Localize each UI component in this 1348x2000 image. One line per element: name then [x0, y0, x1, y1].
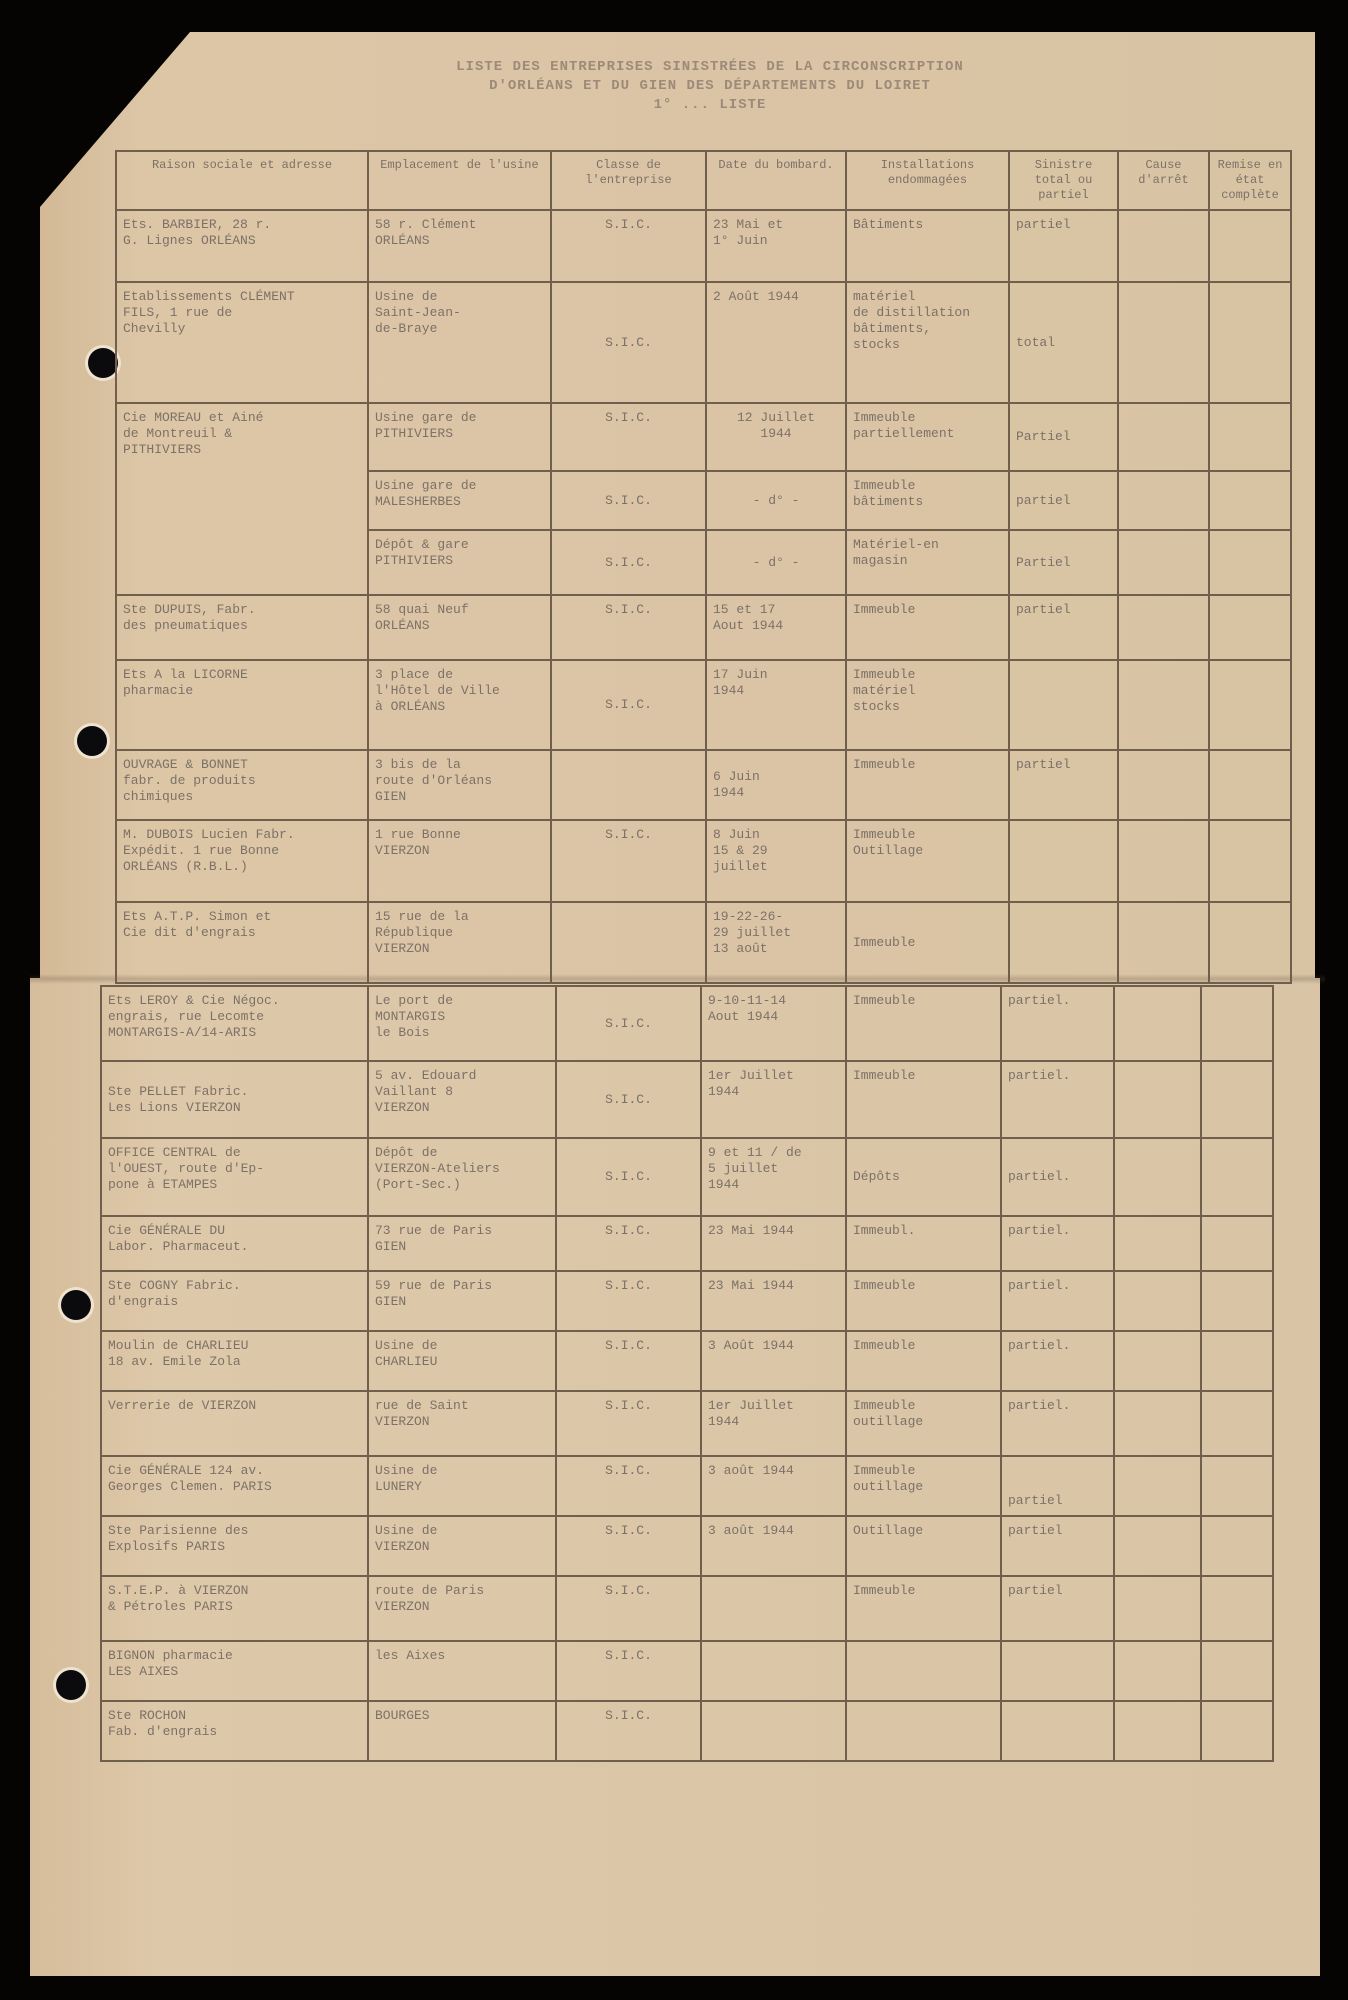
cell-emplacement: 15 rue de la République VIERZON — [368, 902, 551, 983]
cell-cause — [1118, 282, 1209, 403]
cell-sinistre: partiel — [1001, 1516, 1114, 1576]
cell-classe: S.I.C. — [556, 1516, 701, 1576]
table-row: Ets A.T.P. Simon et Cie dit d'engrais 15… — [116, 902, 1291, 983]
punch-hole-icon — [88, 348, 118, 378]
cell-raison: Ets A.T.P. Simon et Cie dit d'engrais — [116, 902, 368, 983]
cell-date: 3 Août 1944 — [701, 1331, 846, 1391]
title-line-1: LISTE DES ENTREPRISES SINISTRÉES DE LA C… — [360, 58, 1060, 77]
cell-date: 19-22-26- 29 juillet 13 août — [706, 902, 846, 983]
cell-raison: BIGNON pharmacie LES AIXES — [101, 1641, 368, 1701]
cell-date: 3 août 1944 — [701, 1516, 846, 1576]
cell-sinistre: partiel. — [1001, 1391, 1114, 1456]
cell-installations: Immeubl. — [846, 1216, 1001, 1271]
cell-remise — [1209, 750, 1291, 820]
table-row: Ets. BARBIER, 28 r. G. Lignes ORLÉANS 58… — [116, 210, 1291, 282]
cell-classe — [551, 902, 706, 983]
cell-classe: S.I.C. — [556, 1138, 701, 1216]
cell-date — [701, 1641, 846, 1701]
cell-emplacement: Usine gare de PITHIVIERS — [368, 403, 551, 471]
cell-cause — [1114, 1641, 1201, 1701]
punch-hole-icon — [56, 1670, 86, 1700]
cell-classe — [551, 750, 706, 820]
cell-sinistre: Partiel — [1009, 530, 1118, 595]
cell-cause — [1114, 1061, 1201, 1138]
document-title: LISTE DES ENTREPRISES SINISTRÉES DE LA C… — [360, 58, 1060, 115]
cell-sinistre: partiel — [1009, 750, 1118, 820]
cell-cause — [1118, 210, 1209, 282]
cell-remise — [1201, 1271, 1273, 1331]
cell-cause — [1118, 530, 1209, 595]
cell-installations: Immeuble Outillage — [846, 820, 1009, 902]
cell-date: 8 Juin 15 & 29 juillet — [706, 820, 846, 902]
header-installations: Installations endommagées — [846, 151, 1009, 210]
cell-raison: Etablissements CLÉMENT FILS, 1 rue de Ch… — [116, 282, 368, 403]
cell-sinistre — [1009, 820, 1118, 902]
cell-date — [701, 1701, 846, 1761]
cell-sinistre: Partiel — [1009, 403, 1118, 471]
cell-cause — [1118, 820, 1209, 902]
cell-date: 1er Juillet 1944 — [701, 1391, 846, 1456]
table-row: Verrerie de VIERZON rue de Saint VIERZON… — [101, 1391, 1273, 1456]
cell-cause — [1118, 660, 1209, 750]
cell-emplacement: 5 av. Edouard Vaillant 8 VIERZON — [368, 1061, 556, 1138]
table-row: Ste DUPUIS, Fabr. des pneumatiques 58 qu… — [116, 595, 1291, 660]
cell-raison: Cie MOREAU et Ainé de Montreuil & PITHIV… — [116, 403, 368, 595]
cell-classe: S.I.C. — [556, 1456, 701, 1516]
table-row: Etablissements CLÉMENT FILS, 1 rue de Ch… — [116, 282, 1291, 403]
cell-sinistre: partiel. — [1001, 1061, 1114, 1138]
cell-remise — [1201, 1516, 1273, 1576]
cell-raison: Ets. BARBIER, 28 r. G. Lignes ORLÉANS — [116, 210, 368, 282]
cell-cause — [1114, 986, 1201, 1061]
cell-remise — [1201, 1456, 1273, 1516]
cell-remise — [1209, 530, 1291, 595]
cell-emplacement: Le port de MONTARGIS le Bois — [368, 986, 556, 1061]
header-cause: Cause d'arrêt — [1118, 151, 1209, 210]
cell-remise — [1209, 660, 1291, 750]
cell-remise — [1201, 1216, 1273, 1271]
cell-remise — [1201, 1701, 1273, 1761]
cell-cause — [1118, 403, 1209, 471]
table-row: Cie GÉNÉRALE DU Labor. Pharmaceut. 73 ru… — [101, 1216, 1273, 1271]
table-row: Ste Parisienne des Explosifs PARIS Usine… — [101, 1516, 1273, 1576]
punch-hole-icon — [77, 726, 107, 756]
cell-classe: S.I.C. — [556, 1061, 701, 1138]
cell-emplacement: Dépôt de VIERZON-Ateliers (Port-Sec.) — [368, 1138, 556, 1216]
table-row: Ste ROCHON Fab. d'engrais BOURGES S.I.C. — [101, 1701, 1273, 1761]
cell-raison: M. DUBOIS Lucien Fabr. Expédit. 1 rue Bo… — [116, 820, 368, 902]
cell-cause — [1118, 902, 1209, 983]
cell-sinistre: partiel — [1009, 210, 1118, 282]
cell-emplacement: Usine de CHARLIEU — [368, 1331, 556, 1391]
cell-cause — [1114, 1138, 1201, 1216]
cell-installations: Immeuble outillage — [846, 1456, 1001, 1516]
cell-classe: S.I.C. — [551, 530, 706, 595]
cell-classe: S.I.C. — [551, 660, 706, 750]
cell-remise — [1209, 282, 1291, 403]
cell-raison: OUVRAGE & BONNET fabr. de produits chimi… — [116, 750, 368, 820]
cell-raison: Ets A la LICORNE pharmacie — [116, 660, 368, 750]
cell-raison: Ste Parisienne des Explosifs PARIS — [101, 1516, 368, 1576]
cell-installations: Outillage — [846, 1516, 1001, 1576]
table-row: M. DUBOIS Lucien Fabr. Expédit. 1 rue Bo… — [116, 820, 1291, 902]
cell-classe: S.I.C. — [551, 403, 706, 471]
cell-sinistre: partiel. — [1001, 1331, 1114, 1391]
cell-sinistre: partiel — [1009, 471, 1118, 530]
cell-emplacement: Usine de VIERZON — [368, 1516, 556, 1576]
table-row: Ste COGNY Fabric. d'engrais 59 rue de Pa… — [101, 1271, 1273, 1331]
cell-classe: S.I.C. — [551, 471, 706, 530]
cell-raison: S.T.E.P. à VIERZON & Pétroles PARIS — [101, 1576, 368, 1641]
cell-installations: Immeuble — [846, 1061, 1001, 1138]
cell-emplacement: BOURGES — [368, 1701, 556, 1761]
cell-sinistre: partiel. — [1001, 1271, 1114, 1331]
cell-sinistre — [1009, 902, 1118, 983]
title-line-3: 1° ... LISTE — [360, 96, 1060, 115]
cell-cause — [1114, 1456, 1201, 1516]
table-row: Moulin de CHARLIEU 18 av. Emile Zola Usi… — [101, 1331, 1273, 1391]
header-remise: Remise en état complète — [1209, 151, 1291, 210]
cell-sinistre — [1001, 1641, 1114, 1701]
cell-date: 2 Août 1944 — [706, 282, 846, 403]
cell-installations: Immeuble — [846, 1331, 1001, 1391]
cell-date: 3 août 1944 — [701, 1456, 846, 1516]
title-line-2: D'ORLÉANS ET DU GIEN DES DÉPARTEMENTS DU… — [360, 77, 1060, 96]
cell-emplacement: 58 r. Clément ORLÉANS — [368, 210, 551, 282]
cell-classe: S.I.C. — [556, 1576, 701, 1641]
punch-hole-icon — [61, 1290, 91, 1320]
cell-classe: S.I.C. — [556, 986, 701, 1061]
cell-cause — [1114, 1216, 1201, 1271]
cell-raison: Ste ROCHON Fab. d'engrais — [101, 1701, 368, 1761]
cell-installations — [846, 1701, 1001, 1761]
cell-installations: Immeuble partiellement — [846, 403, 1009, 471]
cell-cause — [1118, 471, 1209, 530]
cell-sinistre: partiel. — [1001, 1216, 1114, 1271]
cell-emplacement: Dépôt & gare PITHIVIERS — [368, 530, 551, 595]
cell-cause — [1114, 1516, 1201, 1576]
cell-emplacement: Usine gare de MALESHERBES — [368, 471, 551, 530]
cell-sinistre: partiel. — [1001, 1138, 1114, 1216]
cell-remise — [1201, 986, 1273, 1061]
table-row: OFFICE CENTRAL de l'OUEST, route d'Ep- p… — [101, 1138, 1273, 1216]
cell-sinistre — [1001, 1701, 1114, 1761]
cell-classe: S.I.C. — [556, 1216, 701, 1271]
cell-installations: Immeuble — [846, 902, 1009, 983]
cell-installations: Matériel-en magasin — [846, 530, 1009, 595]
cell-raison: Cie GÉNÉRALE 124 av. Georges Clemen. PAR… — [101, 1456, 368, 1516]
cell-installations: matériel de distillation bâtiments, stoc… — [846, 282, 1009, 403]
cell-sinistre: total — [1009, 282, 1118, 403]
cell-cause — [1118, 595, 1209, 660]
cell-date: - d° - — [706, 530, 846, 595]
cell-remise — [1209, 820, 1291, 902]
cell-classe: S.I.C. — [556, 1331, 701, 1391]
cell-sinistre: partiel. — [1001, 986, 1114, 1061]
table-row: S.T.E.P. à VIERZON & Pétroles PARIS rout… — [101, 1576, 1273, 1641]
cell-cause — [1118, 750, 1209, 820]
cell-classe: S.I.C. — [556, 1391, 701, 1456]
cell-date — [701, 1576, 846, 1641]
cell-emplacement: rue de Saint VIERZON — [368, 1391, 556, 1456]
cell-emplacement: 3 bis de la route d'Orléans GIEN — [368, 750, 551, 820]
cell-raison: Verrerie de VIERZON — [101, 1391, 368, 1456]
cell-cause — [1114, 1331, 1201, 1391]
cell-cause — [1114, 1576, 1201, 1641]
cell-date: 9 et 11 / de 5 juillet 1944 — [701, 1138, 846, 1216]
cell-raison: Ste COGNY Fabric. d'engrais — [101, 1271, 368, 1331]
table-row: Cie GÉNÉRALE 124 av. Georges Clemen. PAR… — [101, 1456, 1273, 1516]
cell-installations: Immeuble — [846, 1271, 1001, 1331]
header-emplacement: Emplacement de l'usine — [368, 151, 551, 210]
cell-installations — [846, 1641, 1001, 1701]
cell-installations: Immeuble — [846, 750, 1009, 820]
cell-classe: S.I.C. — [556, 1271, 701, 1331]
table-row: Ste PELLET Fabric. Les Lions VIERZON 5 a… — [101, 1061, 1273, 1138]
cell-raison: Cie GÉNÉRALE DU Labor. Pharmaceut. — [101, 1216, 368, 1271]
cell-emplacement: 59 rue de Paris GIEN — [368, 1271, 556, 1331]
cell-remise — [1209, 210, 1291, 282]
cell-classe: S.I.C. — [551, 820, 706, 902]
cell-remise — [1201, 1641, 1273, 1701]
cell-date: 23 Mai 1944 — [701, 1271, 846, 1331]
table-row: Cie MOREAU et Ainé de Montreuil & PITHIV… — [116, 403, 1291, 471]
header-classe: Classe de l'entreprise — [551, 151, 706, 210]
cell-date: - d° - — [706, 471, 846, 530]
cell-classe: S.I.C. — [551, 210, 706, 282]
cell-raison: Ste DUPUIS, Fabr. des pneumatiques — [116, 595, 368, 660]
cell-emplacement: 73 rue de Paris GIEN — [368, 1216, 556, 1271]
cell-date: 15 et 17 Aout 1944 — [706, 595, 846, 660]
cell-installations: Dépôts — [846, 1138, 1001, 1216]
cell-sinistre: partiel — [1009, 595, 1118, 660]
damage-table-lower: Ets LEROY & Cie Négoc. engrais, rue Leco… — [100, 985, 1274, 1762]
cell-classe: S.I.C. — [551, 282, 706, 403]
table-row: Ets A la LICORNE pharmacie 3 place de l'… — [116, 660, 1291, 750]
cell-sinistre: partiel — [1001, 1576, 1114, 1641]
cell-raison: Ste PELLET Fabric. Les Lions VIERZON — [101, 1061, 368, 1138]
cell-emplacement: route de Paris VIERZON — [368, 1576, 556, 1641]
cell-date: 23 Mai et 1° Juin — [706, 210, 846, 282]
cell-remise — [1209, 471, 1291, 530]
table-header-row: Raison sociale et adresse Emplacement de… — [116, 151, 1291, 210]
cell-date: 6 Juin 1944 — [706, 750, 846, 820]
cell-date: 12 Juillet 1944 — [706, 403, 846, 471]
cell-installations: Immeuble matériel stocks — [846, 660, 1009, 750]
cell-installations: Immeuble — [846, 1576, 1001, 1641]
cell-remise — [1201, 1576, 1273, 1641]
cell-installations: Immeuble — [846, 986, 1001, 1061]
cell-cause — [1114, 1271, 1201, 1331]
cell-emplacement: 1 rue Bonne VIERZON — [368, 820, 551, 902]
cell-remise — [1209, 403, 1291, 471]
cell-raison: Ets LEROY & Cie Négoc. engrais, rue Leco… — [101, 986, 368, 1061]
cell-remise — [1201, 1391, 1273, 1456]
cell-remise — [1201, 1331, 1273, 1391]
cell-raison: Moulin de CHARLIEU 18 av. Emile Zola — [101, 1331, 368, 1391]
cell-sinistre — [1009, 660, 1118, 750]
damage-table-upper: Raison sociale et adresse Emplacement de… — [115, 150, 1292, 984]
cell-installations: Immeuble bâtiments — [846, 471, 1009, 530]
cell-date: 23 Mai 1944 — [701, 1216, 846, 1271]
cell-remise — [1201, 1061, 1273, 1138]
header-date: Date du bombard. — [706, 151, 846, 210]
cell-cause — [1114, 1701, 1201, 1761]
cell-installations: Immeuble outillage — [846, 1391, 1001, 1456]
cell-installations: Bâtiments — [846, 210, 1009, 282]
cell-emplacement: 3 place de l'Hôtel de Ville à ORLÉANS — [368, 660, 551, 750]
cell-classe: S.I.C. — [556, 1641, 701, 1701]
cell-emplacement: les Aixes — [368, 1641, 556, 1701]
table-row: Ets LEROY & Cie Négoc. engrais, rue Leco… — [101, 986, 1273, 1061]
cell-remise — [1209, 595, 1291, 660]
cell-date: 17 Juin 1944 — [706, 660, 846, 750]
cell-remise — [1209, 902, 1291, 983]
cell-cause — [1114, 1391, 1201, 1456]
table-row: OUVRAGE & BONNET fabr. de produits chimi… — [116, 750, 1291, 820]
cell-sinistre: partiel — [1001, 1456, 1114, 1516]
cell-date: 1er Juillet 1944 — [701, 1061, 846, 1138]
header-raison: Raison sociale et adresse — [116, 151, 368, 210]
cell-emplacement: 58 quai Neuf ORLÉANS — [368, 595, 551, 660]
cell-installations: Immeuble — [846, 595, 1009, 660]
cell-emplacement: Usine de Saint-Jean- de-Braye — [368, 282, 551, 403]
header-sinistre: Sinistre total ou partiel — [1009, 151, 1118, 210]
cell-remise — [1201, 1138, 1273, 1216]
cell-emplacement: Usine de LUNERY — [368, 1456, 556, 1516]
cell-date: 9-10-11-14 Aout 1944 — [701, 986, 846, 1061]
cell-classe: S.I.C. — [551, 595, 706, 660]
cell-classe: S.I.C. — [556, 1701, 701, 1761]
cell-raison: OFFICE CENTRAL de l'OUEST, route d'Ep- p… — [101, 1138, 368, 1216]
table-row: BIGNON pharmacie LES AIXES les Aixes S.I… — [101, 1641, 1273, 1701]
